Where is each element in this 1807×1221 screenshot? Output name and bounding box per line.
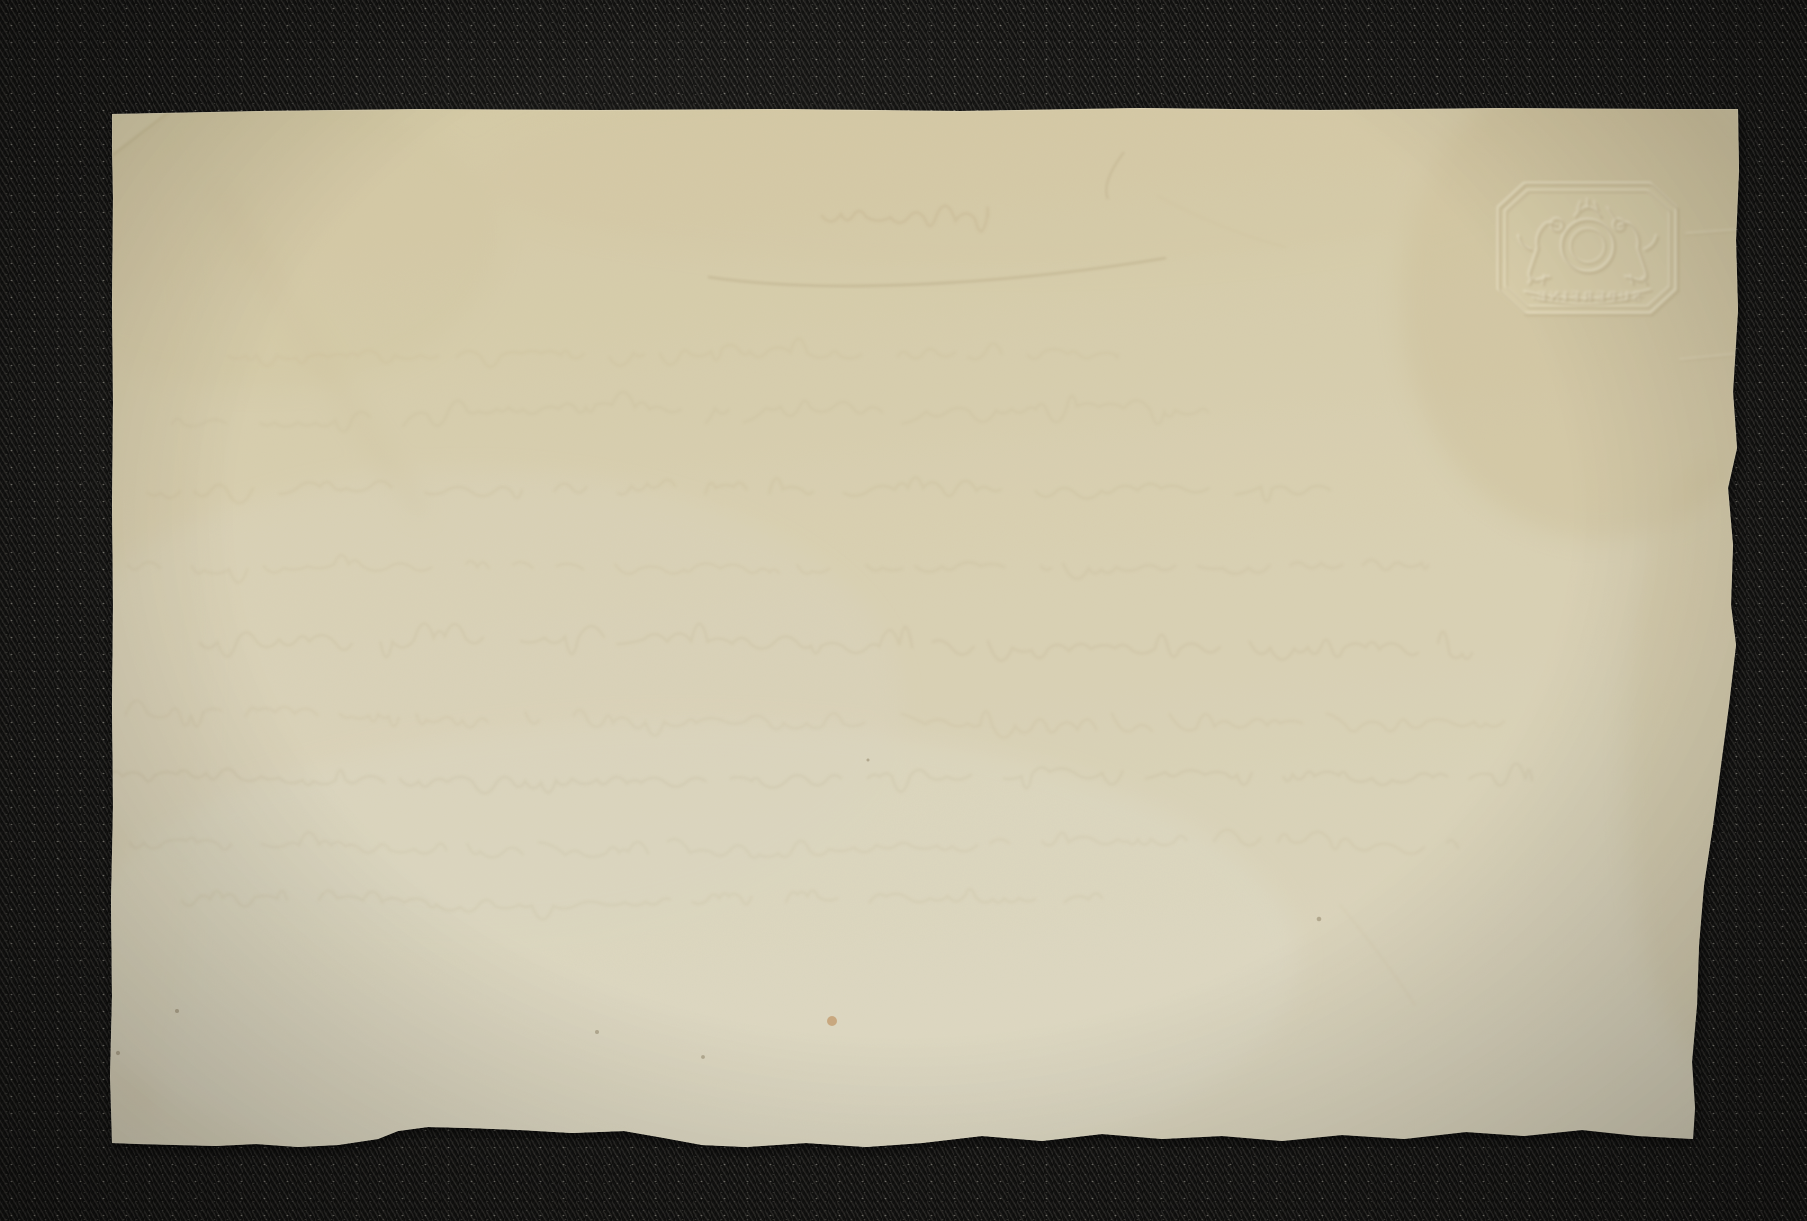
paper-speck-4: [1260, 94, 1264, 98]
photo-stage: SUPERFINE SUPERFINE: [0, 0, 1807, 1221]
torn-edge-fibers: [110, 108, 1739, 1147]
paper-sheet: SUPERFINE SUPERFINE: [0, 0, 1807, 1221]
